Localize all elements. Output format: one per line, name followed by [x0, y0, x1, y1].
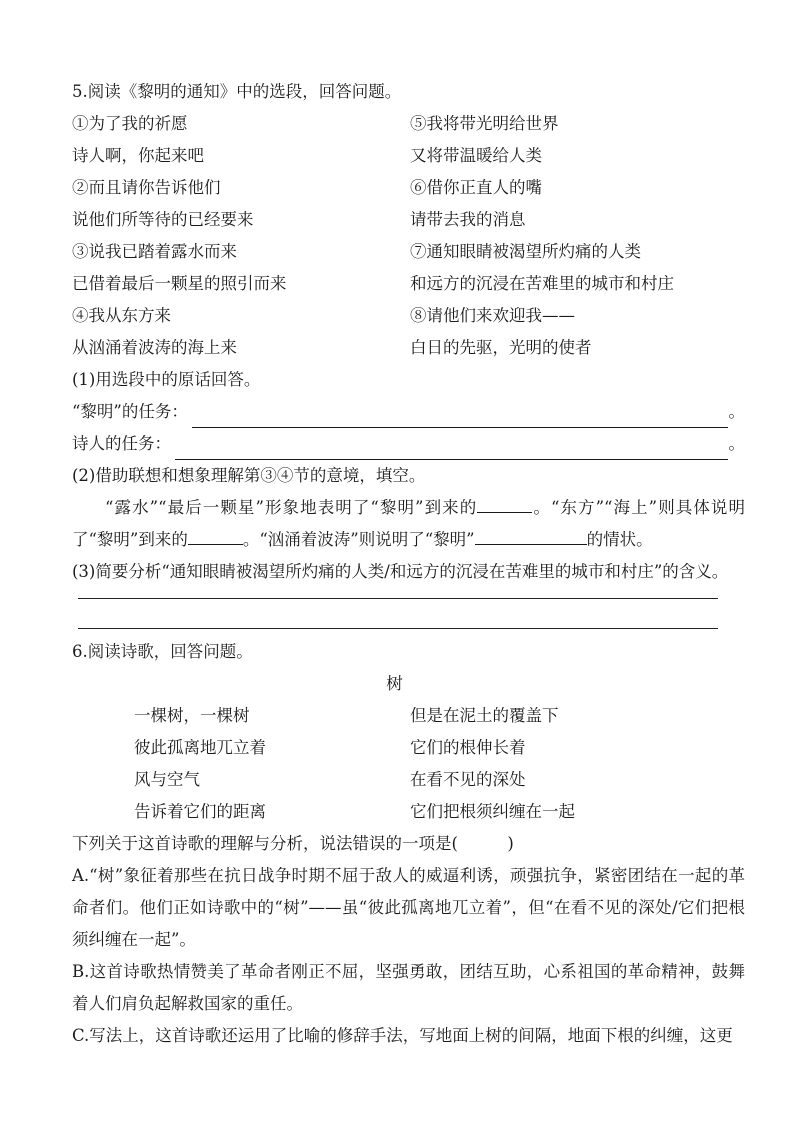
poem-line: 已借着最后一颗星的照引而来	[72, 268, 410, 300]
cloze-text: 。“汹涌着波涛”则说明了“黎明”	[243, 530, 475, 549]
poem-line: 从汹涌着波涛的海上来	[72, 332, 410, 364]
poem-line: 请带去我的消息	[410, 204, 745, 236]
poem-line: ②而且请你告诉他们	[72, 172, 410, 204]
poem-line: 和远方的沉浸在苦难里的城市和村庄	[410, 268, 745, 300]
q5-part3-label: (3)简要分析“通知眼睛被渴望所灼痛的人类/和远方的沉浸在苦难里的城市和村庄”的…	[72, 556, 745, 588]
poem-line: ①为了我的祈愿	[72, 108, 410, 140]
poem-line: 彼此孤离地兀立着	[72, 732, 410, 764]
poem-line: 又将带温暖给人类	[410, 140, 745, 172]
worksheet-page: 5.阅读《黎明的通知》中的选段，回答问题。 ①为了我的祈愿 ⑤我将带光明给世界 …	[0, 0, 793, 1122]
poem-line: 但是在泥土的覆盖下	[410, 700, 745, 732]
poem-line: 在看不见的深处	[410, 764, 745, 796]
q6-option-c: C.写法上，这首诗歌还运用了比喻的修辞手法，写地面上树的间隔，地面下根的纠缠，这…	[72, 1020, 745, 1052]
q5-part2-cloze: “露水”“最后一颗星”形象地表明了“黎明”到来的。“东方”“海上”则具体说明了“…	[72, 492, 745, 556]
poem-dawn-notice: ①为了我的祈愿 ⑤我将带光明给世界 诗人啊，你起来吧 又将带温暖给人类 ②而且请…	[72, 108, 745, 364]
question6-heading: 6.阅读诗歌，回答问题。	[72, 636, 745, 668]
q5-part1-label: (1)用选段中的原话回答。	[72, 364, 745, 396]
poem-line: 风与空气	[72, 764, 410, 796]
blank-underline	[475, 527, 587, 545]
poem-line: 白日的先驱，光明的使者	[410, 332, 745, 364]
q6-option-b: B.这首诗歌热情赞美了革命者刚正不屈，坚强勇敢，团结互助，心系祖国的革命精神，鼓…	[72, 956, 745, 1020]
answer-write-line	[78, 599, 718, 629]
blank-underline	[175, 432, 728, 460]
fill-line-dawn-task: “黎明”的任务： 。	[72, 396, 745, 428]
blank-underline	[188, 527, 243, 545]
poem-line: ⑥借你正直人的嘴	[410, 172, 745, 204]
poem-title-tree: 树	[72, 668, 745, 700]
fill-line-period: 。	[729, 396, 746, 428]
fill-line-label: “黎明”的任务：	[72, 396, 188, 428]
poem-line: ⑤我将带光明给世界	[410, 108, 745, 140]
poem-line: 一棵树，一棵树	[72, 700, 410, 732]
poem-line: ③说我已踏着露水而来	[72, 236, 410, 268]
cloze-text: 的情状。	[587, 530, 653, 549]
poem-tree: 一棵树，一棵树 但是在泥土的覆盖下 彼此孤离地兀立着 它们的根伸长着 风与空气 …	[72, 700, 745, 828]
poem-line: ④我从东方来	[72, 300, 410, 332]
fill-line-period: 。	[729, 428, 746, 460]
blank-underline	[192, 400, 728, 428]
answer-write-line	[78, 588, 718, 599]
poem-line: ⑧请他们来欢迎我——	[410, 300, 745, 332]
poem-line: 它们的根伸长着	[410, 732, 745, 764]
poem-line: 它们把根须纠缠在一起	[410, 796, 745, 828]
poem-line: 告诉着它们的距离	[72, 796, 410, 828]
cloze-text: “露水”“最后一颗星”形象地表明了“黎明”到来的	[105, 498, 477, 517]
question5-heading: 5.阅读《黎明的通知》中的选段，回答问题。	[72, 76, 745, 108]
fill-line-poet-task: 诗人的任务： 。	[72, 428, 745, 460]
poem-line: 诗人啊，你起来吧	[72, 140, 410, 172]
fill-line-label: 诗人的任务：	[72, 428, 171, 460]
poem-line: 说他们所等待的已经要来	[72, 204, 410, 236]
blank-underline	[477, 495, 532, 513]
q6-stem: 下列关于这首诗歌的理解与分析，说法错误的一项是( )	[72, 828, 745, 860]
q6-option-a: A.“树”象征着那些在抗日战争时期不屈于敌人的威逼利诱，顽强抗争，紧密团结在一起…	[72, 860, 745, 956]
q5-part2-label: (2)借助联想和想象理解第③④节的意境，填空。	[72, 460, 745, 492]
poem-line: ⑦通知眼睛被渴望所灼痛的人类	[410, 236, 745, 268]
